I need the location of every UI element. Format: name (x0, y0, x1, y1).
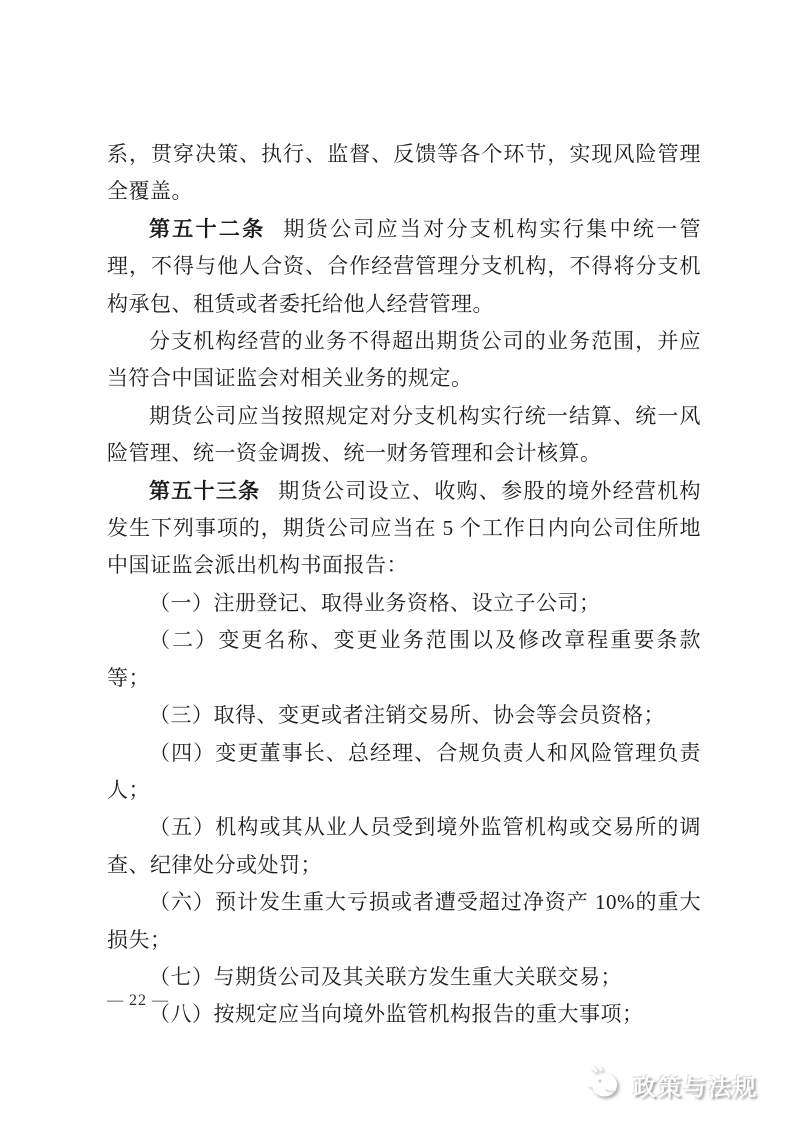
page-number: — 22 — (107, 992, 169, 1010)
list-item-1: （一）注册登记、取得业务资格、设立子公司； (107, 585, 701, 622)
article-number: 第五十二条 (149, 218, 266, 241)
paragraph-text: （六）预计发生重大亏损或者遭受超过净资产 10%的重大损失； (107, 890, 701, 951)
paragraph-text: （三）取得、变更或者注销交易所、协会等会员资格； (149, 703, 665, 727)
paragraph: 期货公司应当按照规定对分支机构实行统一结算、统一风险管理、统一资金调拨、统一财务… (107, 398, 701, 473)
watermark: 政策与法规 (586, 1066, 758, 1105)
paragraph-article-53: 第五十三条期货公司设立、收购、参股的境外经营机构发生下列事项的，期货公司应当在 … (107, 473, 701, 585)
paragraph-text: （一）注册登记、取得业务资格、设立子公司； (149, 591, 601, 615)
paragraph-text: （七）与期货公司及其关联方发生重大关联交易； (149, 965, 622, 989)
article-number: 第五十三条 (149, 480, 260, 503)
paragraph: 分支机构经营的业务不得超出期货公司的业务范围，并应当符合中国证监会对相关业务的规… (107, 323, 701, 398)
paragraph-article-52: 第五十二条期货公司应当对分支机构实行集中统一管理，不得与他人合资、合作经营管理分… (107, 211, 701, 323)
paragraph-text: （八）按规定应当向境外监管机构报告的重大事项； (149, 1002, 644, 1026)
list-item-8: （八）按规定应当向境外监管机构报告的重大事项； (107, 996, 701, 1033)
list-item-3: （三）取得、变更或者注销交易所、协会等会员资格； (107, 697, 701, 734)
list-item-5: （五）机构或其从业人员受到境外监管机构或交易所的调查、纪律处分或处罚； (107, 809, 701, 884)
list-item-6: （六）预计发生重大亏损或者遭受超过净资产 10%的重大损失； (107, 884, 701, 959)
paragraph-text: （二）变更名称、变更业务范围以及修改章程重要条款等； (107, 628, 701, 689)
document-page: 系，贯穿决策、执行、监督、反馈等各个环节，实现风险管理全覆盖。 第五十二条期货公… (0, 0, 794, 1123)
paragraph-text: （四）变更董事长、总经理、合规负责人和风险管理负责人； (107, 741, 701, 802)
bird-icon (586, 1066, 626, 1105)
paragraph-text: （五）机构或其从业人员受到境外监管机构或交易所的调查、纪律处分或处罚； (107, 815, 701, 876)
list-item-2: （二）变更名称、变更业务范围以及修改章程重要条款等； (107, 622, 701, 697)
paragraph-text: 期货公司应当按照规定对分支机构实行统一结算、统一风险管理、统一资金调拨、统一财务… (107, 404, 701, 465)
list-item-7: （七）与期货公司及其关联方发生重大关联交易； (107, 959, 701, 996)
watermark-label: 政策与法规 (633, 1069, 758, 1102)
paragraph: 系，贯穿决策、执行、监督、反馈等各个环节，实现风险管理全覆盖。 (107, 136, 701, 211)
paragraph-text: 系，贯穿决策、执行、监督、反馈等各个环节，实现风险管理全覆盖。 (107, 142, 701, 203)
document-body: 系，贯穿决策、执行、监督、反馈等各个环节，实现风险管理全覆盖。 第五十二条期货公… (107, 136, 701, 1034)
paragraph-text: 分支机构经营的业务不得超出期货公司的业务范围，并应当符合中国证监会对相关业务的规… (107, 329, 701, 390)
list-item-4: （四）变更董事长、总经理、合规负责人和风险管理负责人； (107, 735, 701, 810)
